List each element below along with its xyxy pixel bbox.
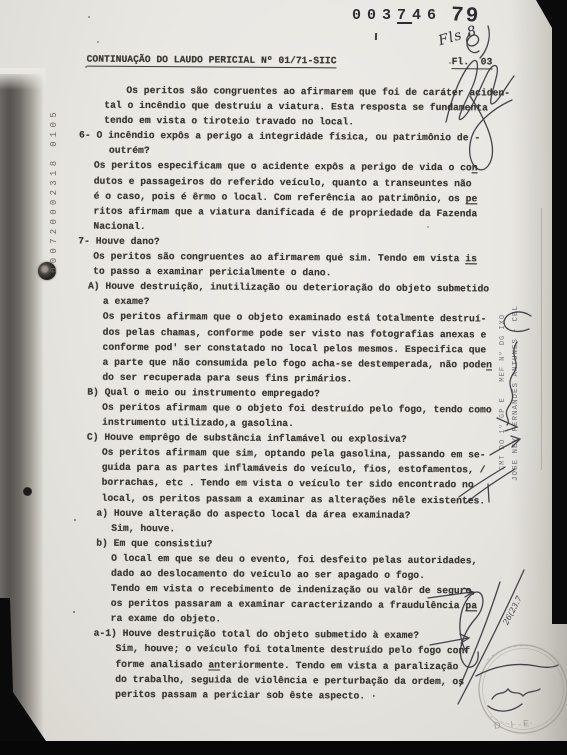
archive-serial-number: 000720002318 0105	[49, 108, 59, 273]
folio-label: Fl. 03	[452, 56, 493, 69]
document-body: Os peritos são congruentes ao afirmarem …	[75, 83, 539, 705]
official-title-stamp: CMT DO 1º GP E MEF Nº DG IXO	[499, 314, 507, 470]
document-line: peritos passam a periciar sob êste aspec…	[75, 686, 535, 704]
official-name-stamp: JOSE NEY FERNANDES ANTUNES - CEL	[512, 305, 520, 481]
scanned-document-page: 003746 79 Fls 8 CONTINUAÇÃO DO LAUDO PER…	[0, 0, 567, 755]
typed-text-layer: CONTINUAÇÃO DO LAUDO PERICIAL Nº 01/71-S…	[0, 0, 567, 755]
document-line: ritos afirmam que a viatura danificada é…	[78, 203, 538, 221]
report-title: CONTINUAÇÃO DO LAUDO PERICIAL Nº 01/71-S…	[87, 54, 337, 69]
